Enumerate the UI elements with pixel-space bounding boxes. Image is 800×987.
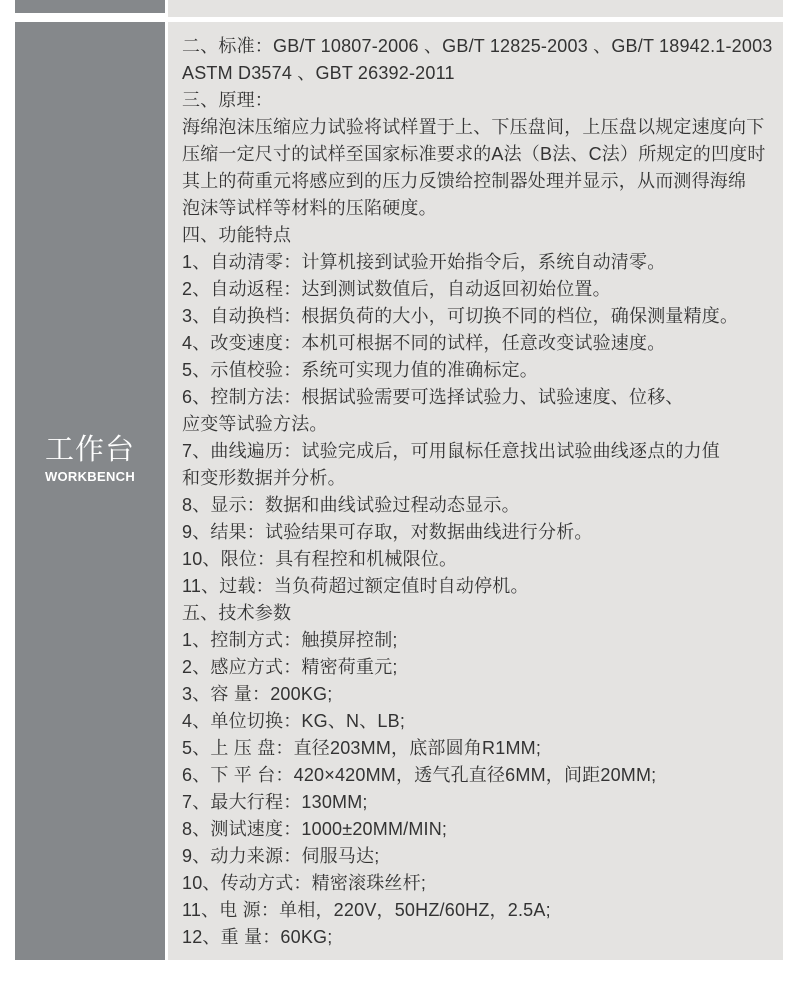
spec-line: 6、下 平 台：420×420MM，透气孔直径6MM，间距20MM; — [182, 762, 771, 789]
spec-line: 10、限位：具有程控和机械限位。 — [182, 546, 771, 573]
spec-line: 和变形数据并分析。 — [182, 465, 771, 492]
previous-section-content-strip — [168, 0, 783, 17]
spec-line: 3、自动换档：根据负荷的大小，可切换不同的档位，确保测量精度。 — [182, 303, 771, 330]
section-subtitle: WORKBENCH — [45, 469, 135, 485]
spec-line: 4、单位切换：KG、N、LB; — [182, 708, 771, 735]
spec-line: 11、过载：当负荷超过额定值时自动停机。 — [182, 573, 771, 600]
spec-line: 5、示值校验：系统可实现力值的准确标定。 — [182, 357, 771, 384]
spec-line: 应变等试验方法。 — [182, 411, 771, 438]
spec-line: 11、电 源：单相，220V，50HZ/60HZ，2.5A; — [182, 897, 771, 924]
spec-line: 五、技术参数 — [182, 600, 771, 627]
spec-line: 9、结果：试验结果可存取，对数据曲线进行分析。 — [182, 519, 771, 546]
spec-line: 6、控制方法：根据试验需要可选择试验力、试验速度、位移、 — [182, 384, 771, 411]
previous-section-sidebar-strip — [15, 0, 165, 13]
spec-line: 三、原理： — [182, 87, 771, 114]
section-label-block: 工作台 WORKBENCH — [45, 434, 135, 485]
spec-line: 压缩一定尺寸的试样至国家标准要求的A法（B法、C法）所规定的凹度时 — [182, 141, 771, 168]
section-title: 工作台 — [45, 434, 135, 466]
spec-line: 4、改变速度：本机可根据不同的试样，任意改变试验速度。 — [182, 330, 771, 357]
spec-line: 其上的荷重元将感应到的压力反馈给控制器处理并显示，从而测得海绵 — [182, 168, 771, 195]
spec-line: 12、重 量：60KG; — [182, 924, 771, 951]
spec-text-panel: 二、标准：GB/T 10807-2006 、GB/T 12825-2003 、G… — [168, 22, 783, 960]
spec-line: 泡沫等试样等材料的压陷硬度。 — [182, 195, 771, 222]
spec-line: 9、动力来源：伺服马达; — [182, 843, 771, 870]
spec-line: 四、功能特点 — [182, 222, 771, 249]
spec-line: 2、感应方式：精密荷重元; — [182, 654, 771, 681]
workbench-section: 工作台 WORKBENCH 二、标准：GB/T 10807-2006 、GB/T… — [15, 22, 783, 960]
spec-line: 7、最大行程：130MM; — [182, 789, 771, 816]
spec-line: 8、测试速度：1000±20MM/MIN; — [182, 816, 771, 843]
spec-line: 二、标准：GB/T 10807-2006 、GB/T 12825-2003 、G… — [182, 33, 771, 60]
section-label-sidebar: 工作台 WORKBENCH — [15, 22, 165, 960]
spec-line: 海绵泡沫压缩应力试验将试样置于上、下压盘间，上压盘以规定速度向下 — [182, 114, 771, 141]
spec-line: 5、上 压 盘：直径203MM，底部圆角R1MM; — [182, 735, 771, 762]
spec-line: 1、自动清零：计算机接到试验开始指令后，系统自动清零。 — [182, 249, 771, 276]
spec-line: 7、曲线遍历：试验完成后，可用鼠标任意找出试验曲线逐点的力值 — [182, 438, 771, 465]
previous-section-remnant — [15, 0, 783, 17]
spec-line: 3、容 量：200KG; — [182, 681, 771, 708]
product-spec-page: 工作台 WORKBENCH 二、标准：GB/T 10807-2006 、GB/T… — [0, 0, 800, 987]
spec-line: 2、自动返程：达到测试数值后，自动返回初始位置。 — [182, 276, 771, 303]
spec-line: 8、显示：数据和曲线试验过程动态显示。 — [182, 492, 771, 519]
spec-line: ASTM D3574 、GBT 26392-2011 — [182, 60, 771, 87]
spec-line: 10、传动方式：精密滚珠丝杆; — [182, 870, 771, 897]
spec-line: 1、控制方式：触摸屏控制; — [182, 627, 771, 654]
